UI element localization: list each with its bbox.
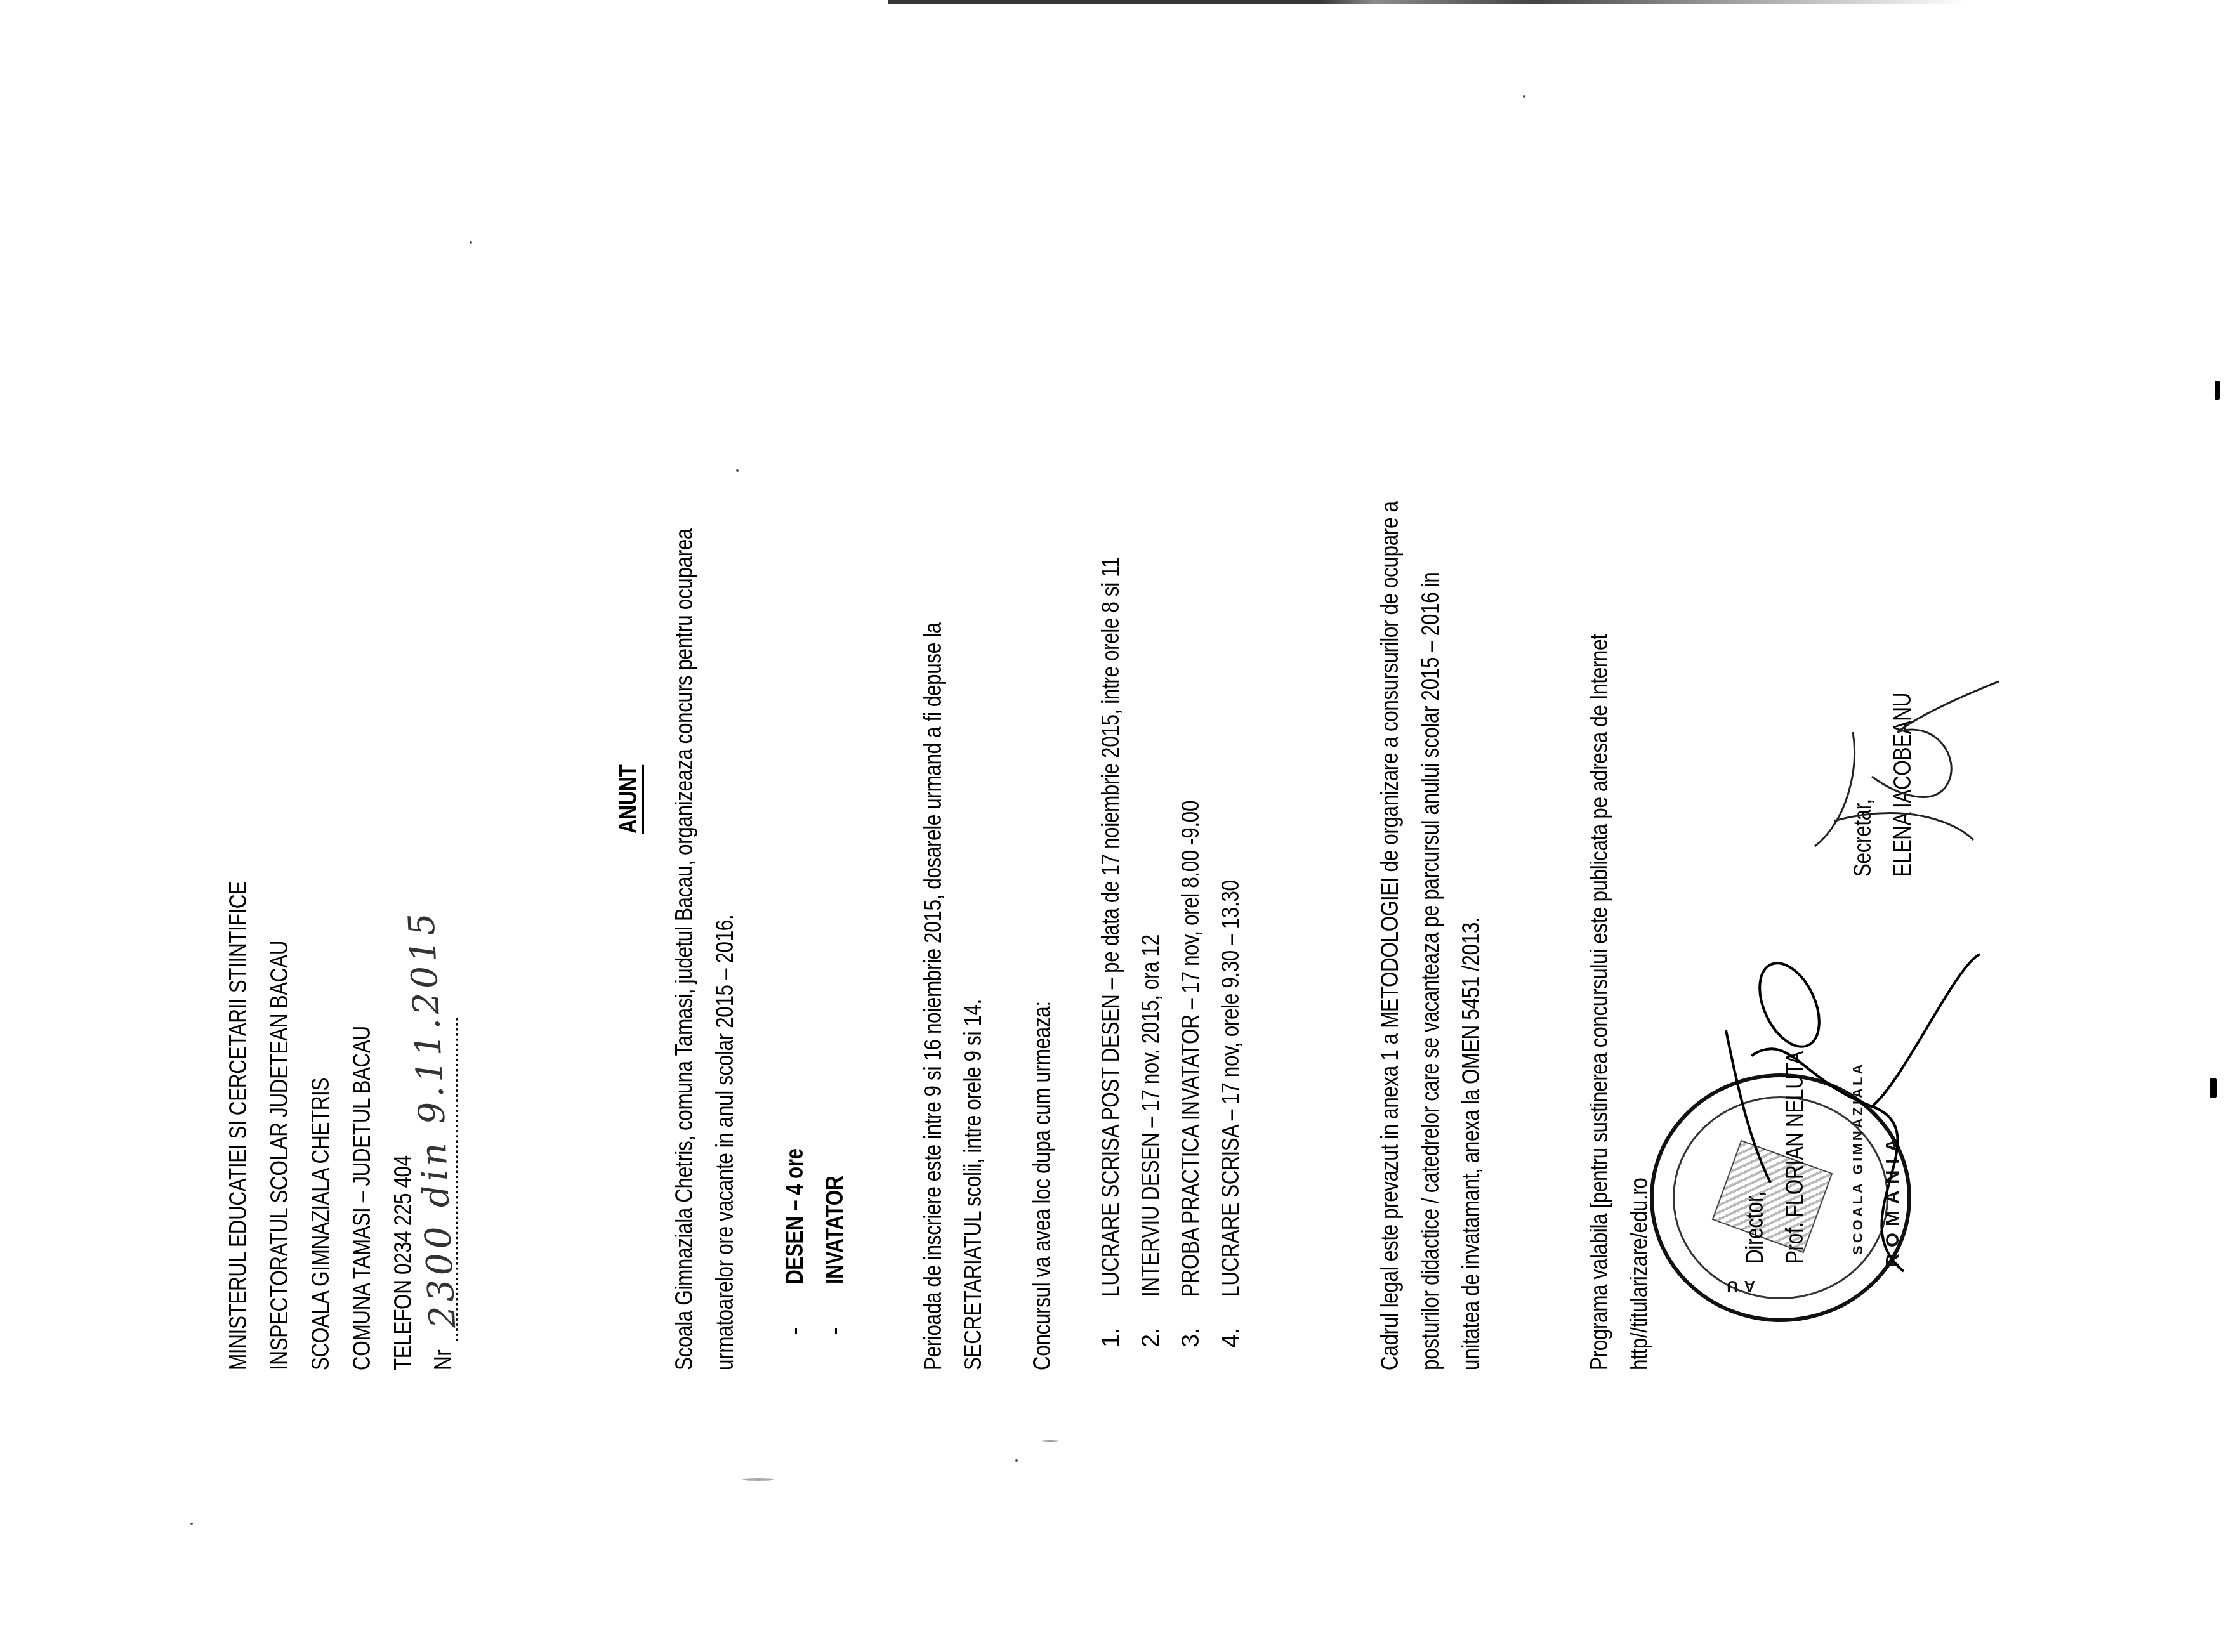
position-bullet: - <box>775 1327 815 1335</box>
position-bullet: - <box>815 1327 855 1335</box>
schedule-item-text: PROBA PRACTICA INVATATOR – 17 nov, orel … <box>1171 801 1211 1297</box>
legal-line: posturilor didactice / catedrelor care s… <box>1411 572 1451 1370</box>
schedule-item-text: LUCRARE SCRISA – 17 nov, orele 9.30 – 13… <box>1211 880 1251 1297</box>
letterhead-school: SCOALA GIMNAZIALA CHETRIS <box>301 1078 341 1370</box>
letterhead-commune: COMUNA TAMASI – JUDETUL BACAU <box>343 1026 383 1370</box>
registration-line: SECRETARIATUL scolii, intre orele 9 si 1… <box>954 999 994 1370</box>
program-line: Programa valabila [pentru sustinerea con… <box>1580 634 1620 1370</box>
registration-line: Perioada de inscriere este intre 9 si 16… <box>914 622 954 1370</box>
schedule-item-number: 4. <box>1211 1328 1251 1347</box>
intro-line: Scoala Gimnaziala Chetris, comuna Tamasi… <box>665 528 705 1370</box>
schedule-intro: Concursul va avea loc dupa cum urmeaza: <box>1023 1001 1063 1370</box>
registration-number-label: Nr <box>424 1350 464 1370</box>
position-label: INVATATOR <box>815 1176 855 1284</box>
secretary-signature <box>1808 669 2012 859</box>
schedule-item-text: LUCRARE SCRISA POST DESEN – pe data de 1… <box>1091 557 1131 1297</box>
document-title: ANUNT <box>609 765 649 834</box>
schedule-item-number: 3. <box>1171 1328 1211 1347</box>
letterhead-ministry: MINISTERUL EDUCATIEI SI CERCETARII STIIN… <box>219 881 259 1370</box>
director-signature <box>1713 941 1992 1297</box>
letterhead-inspectorate: INSPECTORATUL SCOLAR JUDETEAN BACAU <box>260 941 300 1370</box>
position-label: DESEN – 4 ore <box>775 1148 815 1284</box>
schedule-item-text: INTERVIU DESEN – 17 nov. 2015, ora 12 <box>1131 934 1171 1297</box>
schedule-item-number: 1. <box>1091 1328 1131 1347</box>
document-page: MINISTERUL EDUCATIEI SI CERCETARII STIIN… <box>0 0 2226 1652</box>
schedule-item-number: 2. <box>1131 1328 1171 1347</box>
legal-line: Cadrul legal este prevazut in anexa 1 a … <box>1371 501 1411 1370</box>
legal-line: unitatea de invatamant, anexa la OMEN 54… <box>1452 917 1492 1370</box>
intro-line: urmatoarelor ore vacante in anul scolar … <box>706 915 746 1370</box>
